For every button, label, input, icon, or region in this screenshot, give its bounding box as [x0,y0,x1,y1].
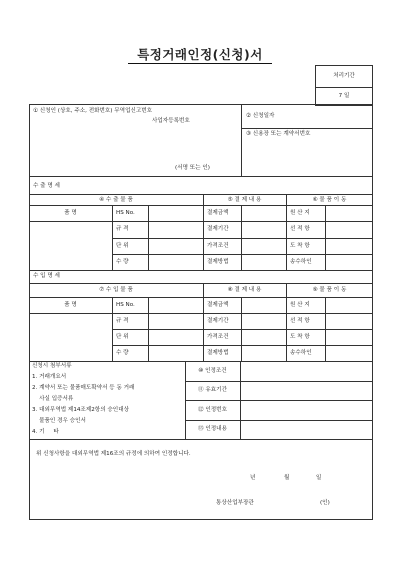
export-item-name-label: 품 명 [29,210,112,217]
export-payment-header: ⑤ 결 제 내 용 [203,197,286,204]
attachment-item: 2. 계약서 또는 물품매도확약서 등 동 거래 [32,385,134,392]
export-goods-header: ④ 수 출 물 품 [29,197,203,204]
attachment-item: 1. 거래개요서 [32,374,66,381]
authority-label: 통상산업부장관 [216,500,254,507]
attachments-title: 신청시 첨부서류 [32,363,72,370]
export-section-label: 수 출 명 세 [33,183,60,190]
import-hs-label: HS No. [116,302,135,309]
processing-period-value: 7 일 [315,93,373,100]
export-method-label: 결제방법 [207,259,229,266]
export-spec-label: 규 격 [116,226,129,233]
import-payment-header: ⑧ 결 제 내 용 [203,287,286,294]
import-spec-label: 규 격 [116,318,129,325]
approval-statement: 위 신청사항을 대외무역법 제16조의 규정에 의하여 인정합니다. [36,451,191,458]
export-movement-header: ⑥ 물 품 이 동 [286,197,373,204]
import-origin-label: 원 산 지 [290,302,310,309]
import-qty-label: 수 량 [116,350,129,357]
export-loading-port-label: 선 적 항 [290,226,310,233]
import-price-terms-label: 가격조건 [207,334,229,341]
export-arrival-port-label: 도 착 항 [290,243,310,250]
export-origin-label: 원 산 지 [290,210,310,217]
import-unit-label: 단 위 [116,334,129,341]
export-qty-label: 수 량 [116,259,129,266]
export-period-label: 결제기간 [207,226,229,233]
export-consignee-label: 송수하인 [290,259,312,266]
import-loading-port-label: 선 적 항 [290,318,310,325]
signature-label: (서명 또는 인) [175,165,210,172]
export-unit-label: 단 위 [116,243,129,250]
import-item-name-label: 품 명 [29,302,112,309]
seal-label: (인) [320,500,330,507]
credit-number-label: ③ 신용장 또는 계약서번호 [246,131,310,138]
import-section-label: 수 입 명 세 [33,273,60,280]
approval-content-label: ⑬ 인정내용 [185,426,240,433]
export-amount-label: 결제금액 [207,210,229,217]
day-label: 일 [316,475,321,482]
approval-condition-label: ⑩ 인정조건 [185,368,240,375]
import-goods-header: ⑦ 수 입 물 품 [29,287,203,294]
attachment-item: 3. 대외무역법 제14조제2항의 승인대상 [32,407,129,414]
month-label: 월 [284,475,289,482]
applicant-label: ① 신청인 (상호, 주소, 전화번호) 무역업신고번호 [33,108,152,115]
processing-period-label: 처리기간 [315,73,373,80]
import-method-label: 결제방법 [207,350,229,357]
import-amount-label: 결제금액 [207,302,229,309]
export-price-terms-label: 가격조건 [207,243,229,250]
import-consignee-label: 송수하인 [290,350,312,357]
applicant-input[interactable] [30,128,240,162]
form-title: 특정거래인정(신청)서 [128,48,272,64]
business-number-label: 사업자등록번호 [152,118,190,125]
year-label: 년 [250,475,255,482]
import-arrival-port-label: 도 착 항 [290,334,310,341]
import-movement-header: ⑨ 물 품 이 동 [286,287,373,294]
apply-date-label: ② 신청일자 [246,113,274,120]
approval-number-label: ⑫ 인정번호 [185,407,240,414]
validity-period-label: ⑪ 유효기간 [185,387,240,394]
import-period-label: 결제기간 [207,318,229,325]
attachment-item: 사실 입증서류 [32,396,73,403]
attachment-item: 물품인 경우 승인서 [32,418,86,425]
attachment-item: 4. 기 타 [32,429,59,436]
export-hs-label: HS No. [116,210,135,217]
